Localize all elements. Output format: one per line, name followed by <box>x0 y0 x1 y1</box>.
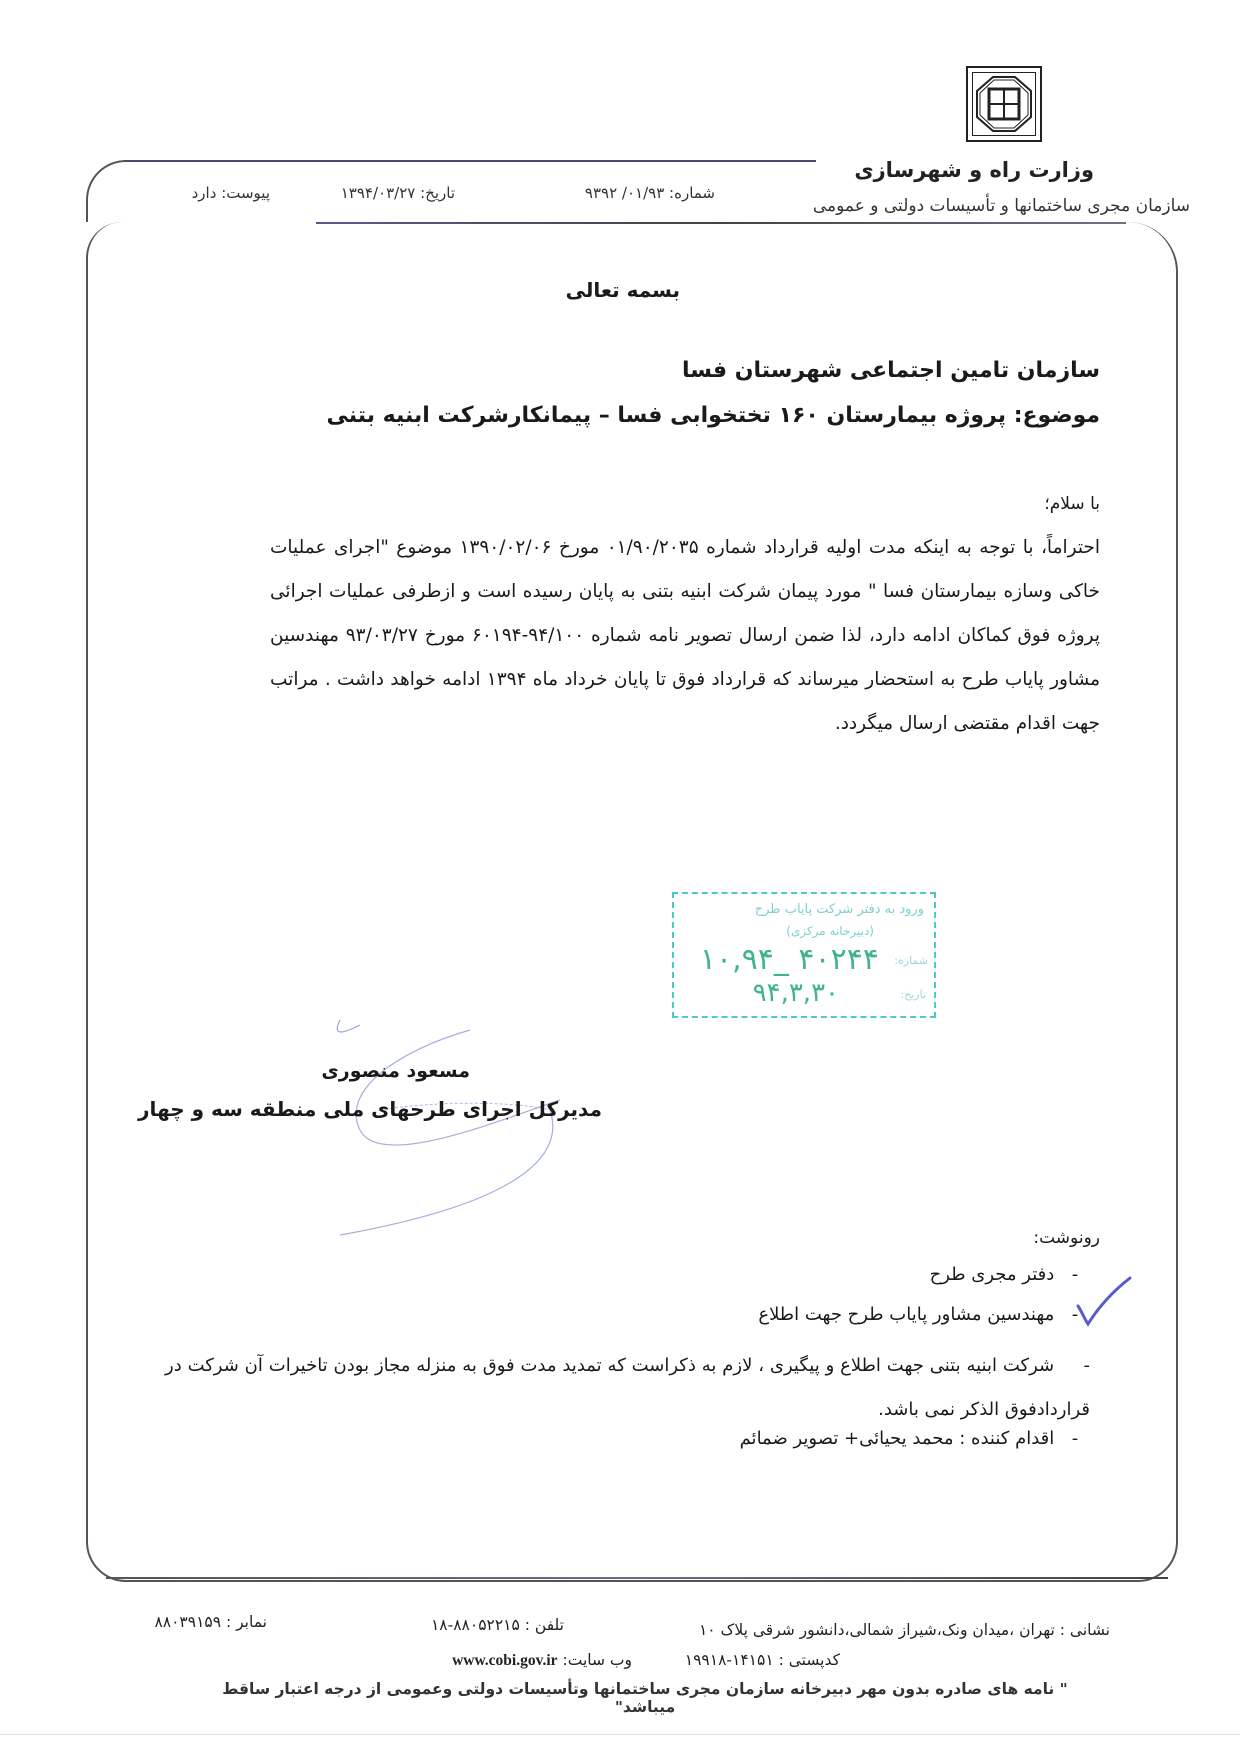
signer-title: مدیرکل اجرای طرحهای ملی منطقه سه و چهار <box>138 1097 602 1121</box>
stamp-date: ۹۴,۳,۳۰ <box>753 978 839 1008</box>
letter-paragraph: احتراماً، با توجه به اینکه مدت اولیه قرا… <box>270 526 1100 746</box>
date-value: ۱۳۹۴/۰۳/۲۷ <box>341 184 416 202</box>
ministry-name: وزارت راه و شهرسازی <box>854 158 1094 182</box>
stamp-date-label: تاریخ: <box>900 988 926 1001</box>
greeting: با سلام؛ <box>1044 494 1100 514</box>
footer-phone: تلفن : ۸۸۰۵۲۲۱۵-۱۸ <box>431 1616 564 1634</box>
cc-label: رونوشت: <box>1033 1228 1100 1248</box>
date-label: تاریخ: <box>420 184 455 202</box>
basmala: بسمه تعالی <box>566 278 680 302</box>
subject: موضوع: پروژه بیمارستان ۱۶۰ تختخوابی فسا … <box>327 403 1100 428</box>
organization-logo <box>966 66 1042 142</box>
organization-name: سازمان مجری ساختمانها و تأسیسات دولتی و … <box>813 196 1190 216</box>
cc-item: - اقدام کننده : محمد یحیائی+ تصویر ضمائم <box>740 1428 1090 1449</box>
page-edge <box>0 1734 1240 1735</box>
footer-postal-code: کدپستی : ۱۴۱۵۱-۱۹۹۱۸ <box>685 1651 840 1669</box>
signer-name: مسعود منصوری <box>321 1060 470 1082</box>
letter-date: تاریخ: ۱۳۹۴/۰۳/۲۷ <box>341 184 455 202</box>
cc-item: - مهندسین مشاور پایاب طرح جهت اطلاع <box>758 1304 1090 1325</box>
handwritten-signature-icon <box>320 1010 580 1240</box>
footer-address: نشانی : تهران ،میدان ونک،شیراز شمالی،دان… <box>699 1621 1110 1639</box>
letter-number: شماره: ۰۱/۹۳/ ۹۳۹۲ <box>585 184 715 202</box>
recipient: سازمان تامین اجتماعی شهرستان فسا <box>682 358 1100 383</box>
window-octagon-logo-icon <box>975 75 1033 133</box>
footer-divider <box>106 1577 1168 1579</box>
header-divider <box>124 160 816 162</box>
cc-item: - دفتر مجری طرح <box>930 1264 1090 1285</box>
received-stamp: ورود به دفتر شرکت پایاب طرح (دبیرخانه مر… <box>672 892 936 1018</box>
footer-disclaimer: " نامه های صادره بدون مهر دبیرخانه سازما… <box>200 1680 1090 1716</box>
frame-corner <box>86 160 128 222</box>
attachment-label: پیوست: <box>221 184 270 202</box>
stamp-subheading: (دبیرخانه مرکزی) <box>786 924 874 938</box>
letter-attachment: پیوست: دارد <box>192 184 270 202</box>
stamp-number-label: شماره: <box>894 954 928 967</box>
cc-item: - شرکت ابنیه بتنی جهت اطلاع و پیگیری ، ل… <box>165 1344 1090 1432</box>
footer-fax: نمابر : ۸۸۰۳۹۱۵۹ <box>154 1613 267 1631</box>
number-value: ۰۱/۹۳/ ۹۳۹۲ <box>585 184 664 202</box>
stamp-heading: ورود به دفتر شرکت پایاب طرح <box>755 902 924 917</box>
number-label: شماره: <box>669 184 715 202</box>
attachment-value: دارد <box>192 184 217 202</box>
stamp-number: ۱۰,۹۴_ ۴۰۲۴۴ <box>700 942 879 977</box>
check-mark-icon <box>1072 1272 1132 1332</box>
website-link[interactable]: www.cobi.gov.ir <box>452 1652 558 1669</box>
footer-website: وب سایت: www.cobi.gov.ir <box>452 1651 632 1670</box>
